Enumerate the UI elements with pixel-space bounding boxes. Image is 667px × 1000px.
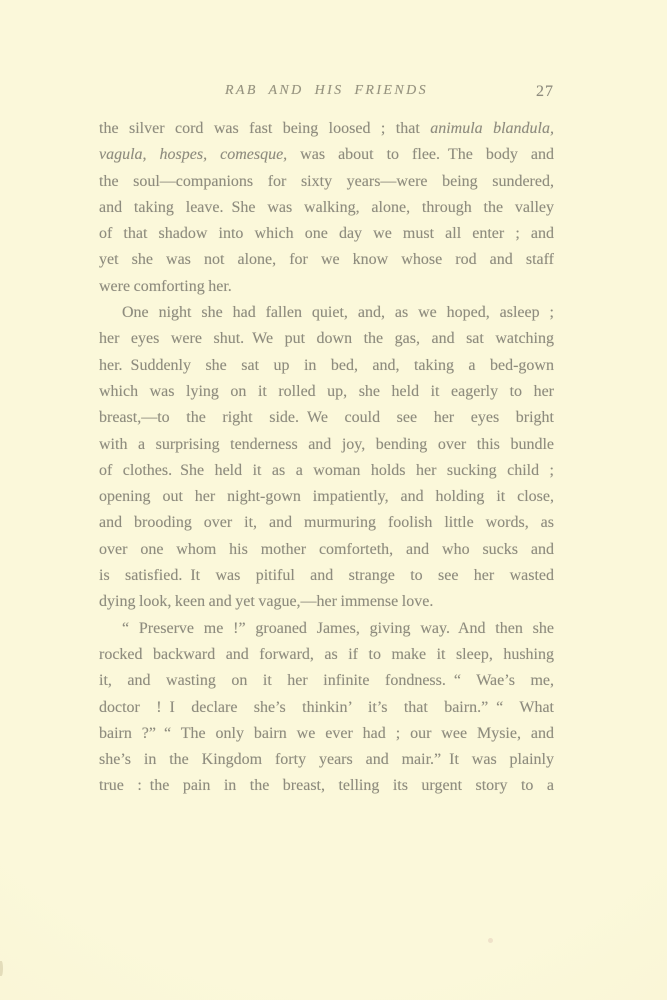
text-line: rocked backward and forward, as if to ma… [99, 642, 554, 668]
text-segment: she’s in the Kingdom forty years and mai… [99, 751, 554, 768]
running-header: RAB AND HIS FRIENDS 27 [99, 83, 554, 105]
text-line: the soul—companions for sixty years—were… [99, 169, 554, 195]
text-segment: it, and wasting on it her infinite fondn… [99, 672, 554, 689]
text-segment: her eyes were shut. We put down the gas,… [99, 330, 554, 347]
text-segment: was about to flee. The body and [287, 146, 554, 163]
text-line: were comforting her. [99, 274, 554, 300]
text-line: which was lying on it rolled up, she hel… [99, 379, 554, 405]
body-text: the silver cord was fast being loosed ; … [99, 116, 554, 800]
text-line: and taking leave. She was walking, alone… [99, 195, 554, 221]
text-line: the silver cord was fast being loosed ; … [99, 116, 554, 142]
text-line: opening out her night-gown impatiently, … [99, 484, 554, 510]
text-line: bairn ?” “ The only bairn we ever had ; … [99, 721, 554, 747]
text-segment: breast,—to the right side. We could see … [99, 409, 554, 426]
text-line: it, and wasting on it her infinite fondn… [99, 668, 554, 694]
text-line: her. Suddenly she sat up in bed, and, ta… [99, 353, 554, 379]
text-line: dying look, keen and yet vague,—her imme… [99, 589, 554, 615]
text-segment: of that shadow into which one day we mus… [99, 225, 554, 242]
text-segment: One night she had fallen quiet, and, as … [122, 304, 554, 321]
text-line: doctor ! I declare she’s thinkin’ it’s t… [99, 695, 554, 721]
text-segment: which was lying on it rolled up, she hel… [99, 383, 554, 400]
text-line: she’s in the Kingdom forty years and mai… [99, 747, 554, 773]
italic-phrase: animula blandula, [430, 120, 554, 137]
text-line: over one whom his mother comforteth, and… [99, 537, 554, 563]
text-segment: doctor ! I declare she’s thinkin’ it’s t… [99, 699, 554, 716]
text-line: true : the pain in the breast, telling i… [99, 773, 554, 799]
book-page: RAB AND HIS FRIENDS 27 the silver cord w… [0, 0, 667, 1000]
text-segment: opening out her night-gown impatiently, … [99, 488, 554, 505]
text-line: yet she was not alone, for we know whose… [99, 247, 554, 273]
text-segment: and taking leave. She was walking, alone… [99, 199, 554, 216]
text-segment: of clothes. She held it as a woman holds… [99, 462, 554, 479]
text-line: breast,—to the right side. We could see … [99, 405, 554, 431]
page-number: 27 [536, 83, 554, 101]
text-segment: true : the pain in the breast, telling i… [99, 777, 554, 794]
text-segment: bairn ?” “ The only bairn we ever had ; … [99, 725, 554, 742]
text-segment: and brooding over it, and murmuring fool… [99, 514, 554, 531]
running-title: RAB AND HIS FRIENDS [99, 83, 554, 99]
text-segment: her. Suddenly she sat up in bed, and, ta… [99, 357, 554, 374]
text-segment: yet she was not alone, for we know whose… [99, 251, 554, 268]
text-line: of that shadow into which one day we mus… [99, 221, 554, 247]
text-segment: dying look, keen and yet vague,—her imme… [99, 593, 433, 610]
text-line: is satisfied. It was pitiful and strange… [99, 563, 554, 589]
text-segment: rocked backward and forward, as if to ma… [99, 646, 554, 663]
text-line: of clothes. She held it as a woman holds… [99, 458, 554, 484]
text-line: with a surprising tenderness and joy, be… [99, 432, 554, 458]
text-line: her eyes were shut. We put down the gas,… [99, 326, 554, 352]
text-segment: “ Preserve me !” groaned James, giving w… [122, 620, 554, 637]
text-segment: the soul—companions for sixty years—were… [99, 173, 554, 190]
text-line: vagula, hospes, comesque, was about to f… [99, 142, 554, 168]
text-line: One night she had fallen quiet, and, as … [99, 300, 554, 326]
text-line: “ Preserve me !” groaned James, giving w… [99, 616, 554, 642]
italic-phrase: vagula, hospes, comesque, [99, 146, 287, 163]
text-segment: is satisfied. It was pitiful and strange… [99, 567, 554, 584]
text-segment: the silver cord was fast being loosed ; … [99, 120, 430, 137]
scan-artifact-edge [0, 961, 3, 976]
text-segment: with a surprising tenderness and joy, be… [99, 436, 554, 453]
scan-artifact-speck [488, 938, 493, 943]
text-line: and brooding over it, and murmuring fool… [99, 510, 554, 536]
text-segment: were comforting her. [99, 278, 232, 295]
text-segment: over one whom his mother comforteth, and… [99, 541, 554, 558]
